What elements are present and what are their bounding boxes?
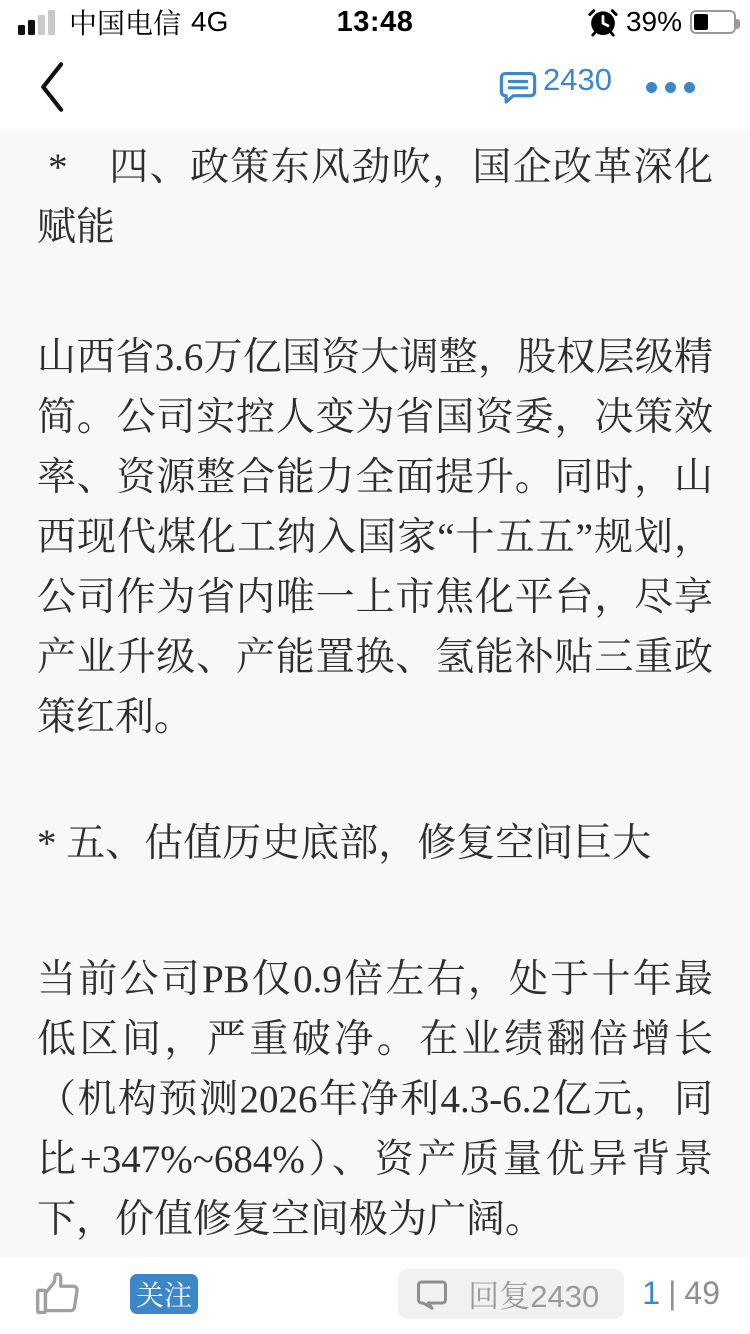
status-right: 39% bbox=[588, 0, 736, 44]
nav-bar: 2430 bbox=[0, 44, 750, 130]
article-body: * 四、政策东风劲吹，国企改革深化赋能 山西省3.6万亿国资大调整，股权层级精简… bbox=[0, 130, 750, 1257]
battery-cap bbox=[736, 19, 740, 29]
total-pages-label: 49 bbox=[684, 1275, 720, 1312]
page-indicator[interactable]: 1 | 49 bbox=[642, 1275, 720, 1312]
current-page-label: 1 bbox=[642, 1275, 660, 1312]
reply-bubble-icon bbox=[414, 1276, 450, 1312]
comment-count-label: 2430 bbox=[543, 64, 612, 95]
section-heading-five: * 五、估值历史底部，修复空间巨大 bbox=[37, 814, 713, 874]
ellipsis-icon bbox=[665, 82, 676, 93]
comment-bubble-icon bbox=[499, 68, 537, 106]
back-button[interactable] bbox=[36, 57, 86, 117]
chevron-left-icon bbox=[36, 61, 70, 113]
thumbs-up-icon bbox=[34, 1271, 82, 1317]
paragraph-policy: 山西省3.6万亿国资大调整，股权层级精简。公司实控人变为省国资委，决策效率、资源… bbox=[37, 328, 713, 748]
nav-actions: 2430 bbox=[499, 68, 695, 106]
status-bar: 中国电信 4G 13:48 39% bbox=[0, 0, 750, 44]
bottom-bar: 关注 回复2430 1 | 49 bbox=[0, 1257, 750, 1334]
follow-button[interactable]: 关注 bbox=[130, 1274, 198, 1314]
alarm-icon bbox=[588, 7, 618, 37]
more-button[interactable] bbox=[646, 72, 695, 103]
ellipsis-icon bbox=[646, 82, 657, 93]
section-heading-four: * 四、政策东风劲吹，国企改革深化赋能 bbox=[37, 138, 713, 258]
paragraph-valuation: 当前公司PB仅0.9倍左右，处于十年最低区间，严重破净。在业绩翻倍增长（机构预测… bbox=[37, 950, 713, 1250]
comments-button[interactable]: 2430 bbox=[499, 68, 612, 106]
screen: 中国电信 4G 13:48 39% bbox=[0, 0, 750, 1334]
battery-fill bbox=[694, 14, 708, 30]
like-button[interactable] bbox=[34, 1270, 86, 1318]
page-separator: | bbox=[668, 1275, 676, 1312]
battery-percent-label: 39% bbox=[626, 6, 682, 38]
reply-placeholder-label: 回复2430 bbox=[468, 1271, 599, 1316]
ellipsis-icon bbox=[684, 82, 695, 93]
reply-input[interactable]: 回复2430 bbox=[398, 1269, 624, 1319]
battery-icon bbox=[690, 10, 736, 34]
